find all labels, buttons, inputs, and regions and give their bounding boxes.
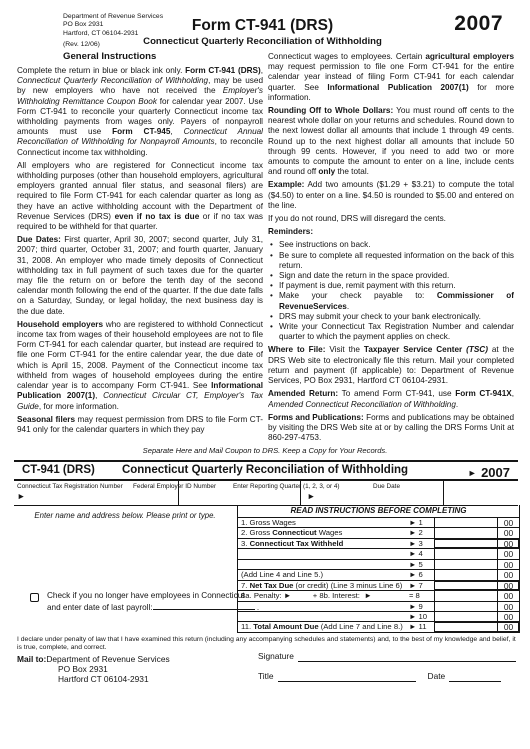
mail-to-label: Mail to: [17,654,46,664]
reminder-item: Be sure to complete all requested inform… [268,251,514,271]
line-number: ► 10 [409,612,434,621]
last-payroll-date-input[interactable] [153,601,255,610]
form-line-10: ► 1000 [238,612,519,622]
reporting-quarter-input[interactable] [300,481,443,505]
amount-group: 00 [434,591,519,600]
arrow-icon: ► [409,570,419,579]
amount-group: 00 [434,518,519,527]
form-ct941-page: Department of Revenue ServicesPO Box 293… [0,0,530,749]
lines-table: READ INSTRUCTIONS BEFORE COMPLETING 1. G… [237,505,520,633]
cents-box: 00 [497,591,519,600]
federal-ein-input[interactable] [178,481,300,505]
amount-group: 00 [434,612,519,621]
instruction-paragraph: Where to File: Visit the Taxpayer Servic… [268,345,514,386]
line-label: 7. Net Tax Due (or credit) (Line 3 minus… [238,581,409,590]
reminder-item: See instructions on back. [268,240,514,250]
form-title: Form CT-941 (DRS) [135,17,390,35]
coupon-title: Connecticut Quarterly Reconciliation of … [115,464,415,476]
signature-row: Signature [258,651,516,662]
amount-group: 00 [434,560,519,569]
date-label: Date [428,671,446,682]
instruction-paragraph: Example: Add two amounts ($1.29 + $3.21)… [268,180,514,211]
signature-input[interactable] [298,651,516,662]
line-number: ► 9 [409,602,434,611]
form-line-1: 1. Gross Wages► 100 [238,518,519,528]
amount-group: 00 [434,570,519,579]
arrow-icon: ► [409,549,419,558]
cents-box: 00 [497,518,519,527]
instruction-paragraph: Due Dates: First quarter, April 30, 2007… [17,235,263,317]
coupon-form-code: CT-941 (DRS) [22,464,95,476]
line-label: 2. Gross Connecticut Wages [238,528,409,537]
line-number: ► 2 [409,528,434,537]
form-line-9: ► 900 [238,602,519,612]
form-line-11: 11. Total Amount Due (Add Line 7 and Lin… [238,622,519,632]
reminder-item: If payment is due, remit payment with th… [268,281,514,291]
equals-sign: = [409,591,415,600]
line-label [238,612,409,621]
amount-input-line-11[interactable] [435,622,497,631]
amount-group: 00 [434,528,519,537]
instruction-paragraph: Forms and Publications: Forms and public… [268,413,514,440]
date-input[interactable] [449,671,501,682]
cents-box: 00 [497,612,519,621]
line-number: ► 7 [409,581,434,590]
amount-input-line-7[interactable] [435,581,497,590]
arrow-icon: ► [409,612,419,621]
amount-input-line-10[interactable] [435,612,497,621]
amount-input-line-2[interactable] [435,528,497,537]
line-number: ► 5 [409,560,434,569]
instruction-paragraph: Household employers who are registered t… [17,320,263,412]
form-line-4: ► 400 [238,549,519,559]
amount-input-line-3[interactable] [435,539,497,548]
amount-input-line-8[interactable] [435,591,497,600]
cents-box: 00 [497,539,519,548]
cents-box: 00 [497,549,519,558]
signature-label: Signature [258,651,294,662]
arrow-icon: ► [468,468,477,478]
cents-box: 00 [497,570,519,579]
cents-box: 00 [497,622,519,631]
amount-group: 00 [434,539,519,548]
reminder-item: Write your Connecticut Tax Registration … [268,322,514,342]
line-label: 3. Connecticut Tax Withheld [238,539,409,548]
line-label: 11. Total Amount Due (Add Line 7 and Lin… [238,622,409,631]
amount-group: 00 [434,622,519,631]
amount-group: 00 [434,581,519,590]
reminder-item: Sign and date the return in the space pr… [268,271,514,281]
instruction-paragraph: Complete the return in blue or black ink… [17,66,263,158]
form-line-6: (Add Line 4 and Line 5.)► 600 [238,570,519,580]
arrow-icon: ► [409,622,419,631]
separate-here-note: Separate Here and Mail Coupon to DRS. Ke… [0,446,530,455]
amount-input-line-4[interactable] [435,549,497,558]
line-label: 1. Gross Wages [238,518,409,527]
amount-input-line-6[interactable] [435,570,497,579]
amount-input-line-9[interactable] [435,602,497,611]
cents-box: 00 [497,528,519,537]
line-number: ► 11 [409,622,434,631]
arrow-icon: ► [409,602,419,611]
registration-fields-row: Connecticut Tax Registration Number Fede… [14,481,518,506]
arrow-icon: ► [409,518,419,527]
reminders-heading: Reminders: [268,227,514,237]
coupon-top-rule [14,460,518,462]
amount-input-line-1[interactable] [435,518,497,527]
cents-box: 00 [497,581,519,590]
instruction-paragraph: All employers who are registered for Con… [17,161,263,232]
line-number: ► 1 [409,518,434,527]
instruction-paragraph: Seasonal filers may request permission f… [17,415,263,435]
line-number: ► 3 [409,539,434,548]
name-address-note: Enter name and address below. Please pri… [18,511,232,520]
form-line-2: 2. Gross Connecticut Wages► 200 [238,528,519,538]
instructions-left-column: Complete the return in blue or black ink… [17,66,263,438]
ct-tax-registration-input[interactable] [14,481,178,505]
mail-to-line: PO Box 2931 [58,664,170,674]
mail-to-block: Mail to:Department of Revenue Services P… [17,654,170,684]
form-line-5: ► 500 [238,560,519,570]
reminder-item: DRS may submit your check to your bank e… [268,312,514,322]
no-employees-checkbox[interactable] [30,593,39,602]
table-header: READ INSTRUCTIONS BEFORE COMPLETING [238,505,519,518]
instructions-right-column: Connecticut wages to employees. Certain … [268,52,514,440]
title-label: Title [258,671,274,682]
instruction-paragraph: Rounding Off to Whole Dollars: You must … [268,106,514,177]
line-number: ► 6 [409,570,434,579]
name-address-area[interactable] [14,524,234,586]
no-employees-label: Check if you no longer have employees in… [47,591,277,612]
cents-box: 00 [497,602,519,611]
line-label [238,560,409,569]
general-instructions-heading: General Instructions [63,51,156,62]
line-number: ► 4 [409,549,434,558]
instruction-paragraph: If you do not round, DRS will disregard … [268,214,514,224]
mail-to-line: Hartford CT 06104-2931 [58,674,170,684]
line-number: = 8 [409,591,434,600]
form-year: 2007 [454,12,503,36]
arrow-icon: ► [409,528,419,537]
instruction-paragraph: Connecticut wages to employees. Certain … [268,52,514,103]
due-date-input[interactable] [443,481,518,505]
form-line-3: 3. Connecticut Tax Withheld► 300 [238,539,519,549]
instruction-paragraph: Amended Return: To amend Form CT-941, us… [268,389,514,409]
arrow-icon: ► [409,539,419,548]
arrow-icon: ► [409,581,419,590]
form-subtitle: Connecticut Quarterly Reconciliation of … [110,36,415,47]
amount-group: 00 [434,602,519,611]
form-line-7: 7. Net Tax Due (or credit) (Line 3 minus… [238,581,519,591]
arrow-icon: ► [409,560,419,569]
line-label: (Add Line 4 and Line 5.) [238,570,409,579]
title-date-row: Title Date [258,671,516,682]
amount-group: 00 [434,549,519,558]
amount-input-line-5[interactable] [435,560,497,569]
cents-box: 00 [497,560,519,569]
title-input[interactable] [278,671,416,682]
reminder-item: Make your check payable to: Commissioner… [268,291,514,311]
form-line-8: 8a. Penalty: ► + 8b. Interest: ►= 800 [238,591,519,601]
reminders-list: See instructions on back.Be sure to comp… [268,240,514,342]
line-label [238,549,409,558]
declaration-text: I declare under penalty of law that I ha… [17,636,516,652]
